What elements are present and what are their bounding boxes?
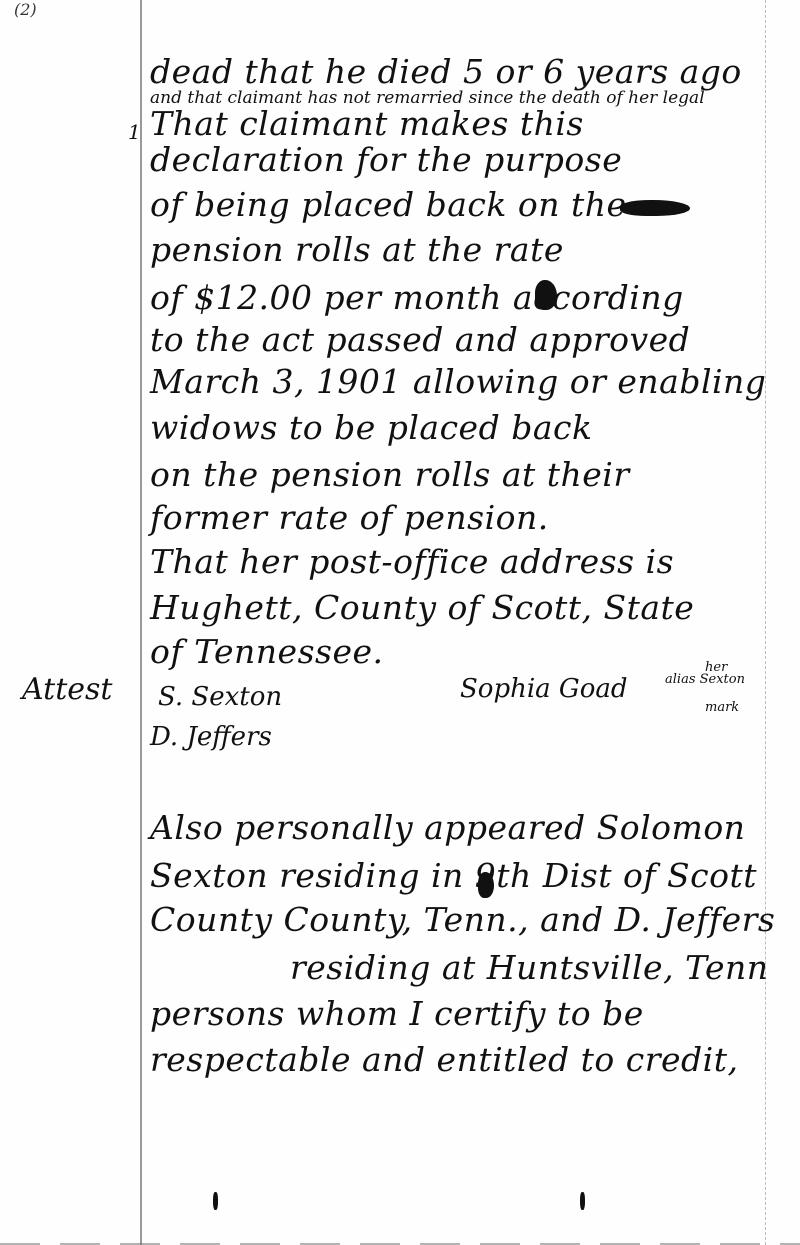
body-line: That claimant makes this — [150, 104, 584, 143]
section-line: respectable and entitled to credit, — [150, 1040, 738, 1079]
body-line: Hughett, County of Scott, State — [150, 588, 694, 627]
body-line: of being placed back on the — [150, 185, 627, 224]
ink-blot — [478, 872, 494, 898]
body-line: March 3, 1901 allowing or enabling — [150, 362, 766, 401]
ink-blot — [620, 200, 690, 216]
bottom-ink-mark — [580, 1192, 585, 1210]
body-line: declaration for the purpose — [150, 140, 622, 179]
attest-label: Attest — [22, 672, 112, 707]
body-line: widows to be placed back — [150, 408, 592, 447]
section-line: persons whom I certify to be — [150, 994, 644, 1033]
section-line: County County, Tenn., and D. Jeffers — [150, 900, 775, 939]
section-line: Sexton residing in 9th Dist of Scott — [150, 856, 757, 895]
mark-note-mark: mark — [705, 700, 739, 715]
left-margin-rule — [140, 0, 142, 1245]
margin-tick: 1 — [128, 120, 141, 144]
body-line: pension rolls at the rate — [150, 230, 564, 269]
page-number: (2) — [14, 0, 37, 19]
body-line: dead that he died 5 or 6 years ago — [150, 52, 742, 91]
document-page: (2) dead that he died 5 or 6 years ago a… — [0, 0, 800, 1245]
ink-blot — [535, 280, 557, 310]
body-line: former rate of pension. — [150, 498, 549, 537]
body-line: of Tennessee. — [150, 632, 384, 671]
body-line: That her post-office address is — [150, 542, 674, 581]
witness-signature: D. Jeffers — [150, 722, 272, 752]
witness-signature: S. Sexton — [158, 682, 282, 712]
body-line: on the pension rolls at their — [150, 455, 630, 494]
claimant-signature: Sophia Goad — [460, 674, 628, 704]
body-line: of $12.00 per month according — [150, 278, 684, 317]
right-margin-rule — [765, 0, 766, 1245]
section-line: residing at Huntsville, Tenn — [290, 948, 769, 987]
bottom-ink-mark — [213, 1192, 218, 1210]
body-line: to the act passed and approved — [150, 320, 690, 359]
section-line: Also personally appeared Solomon — [150, 808, 745, 847]
mark-note-her: her — [705, 660, 727, 675]
